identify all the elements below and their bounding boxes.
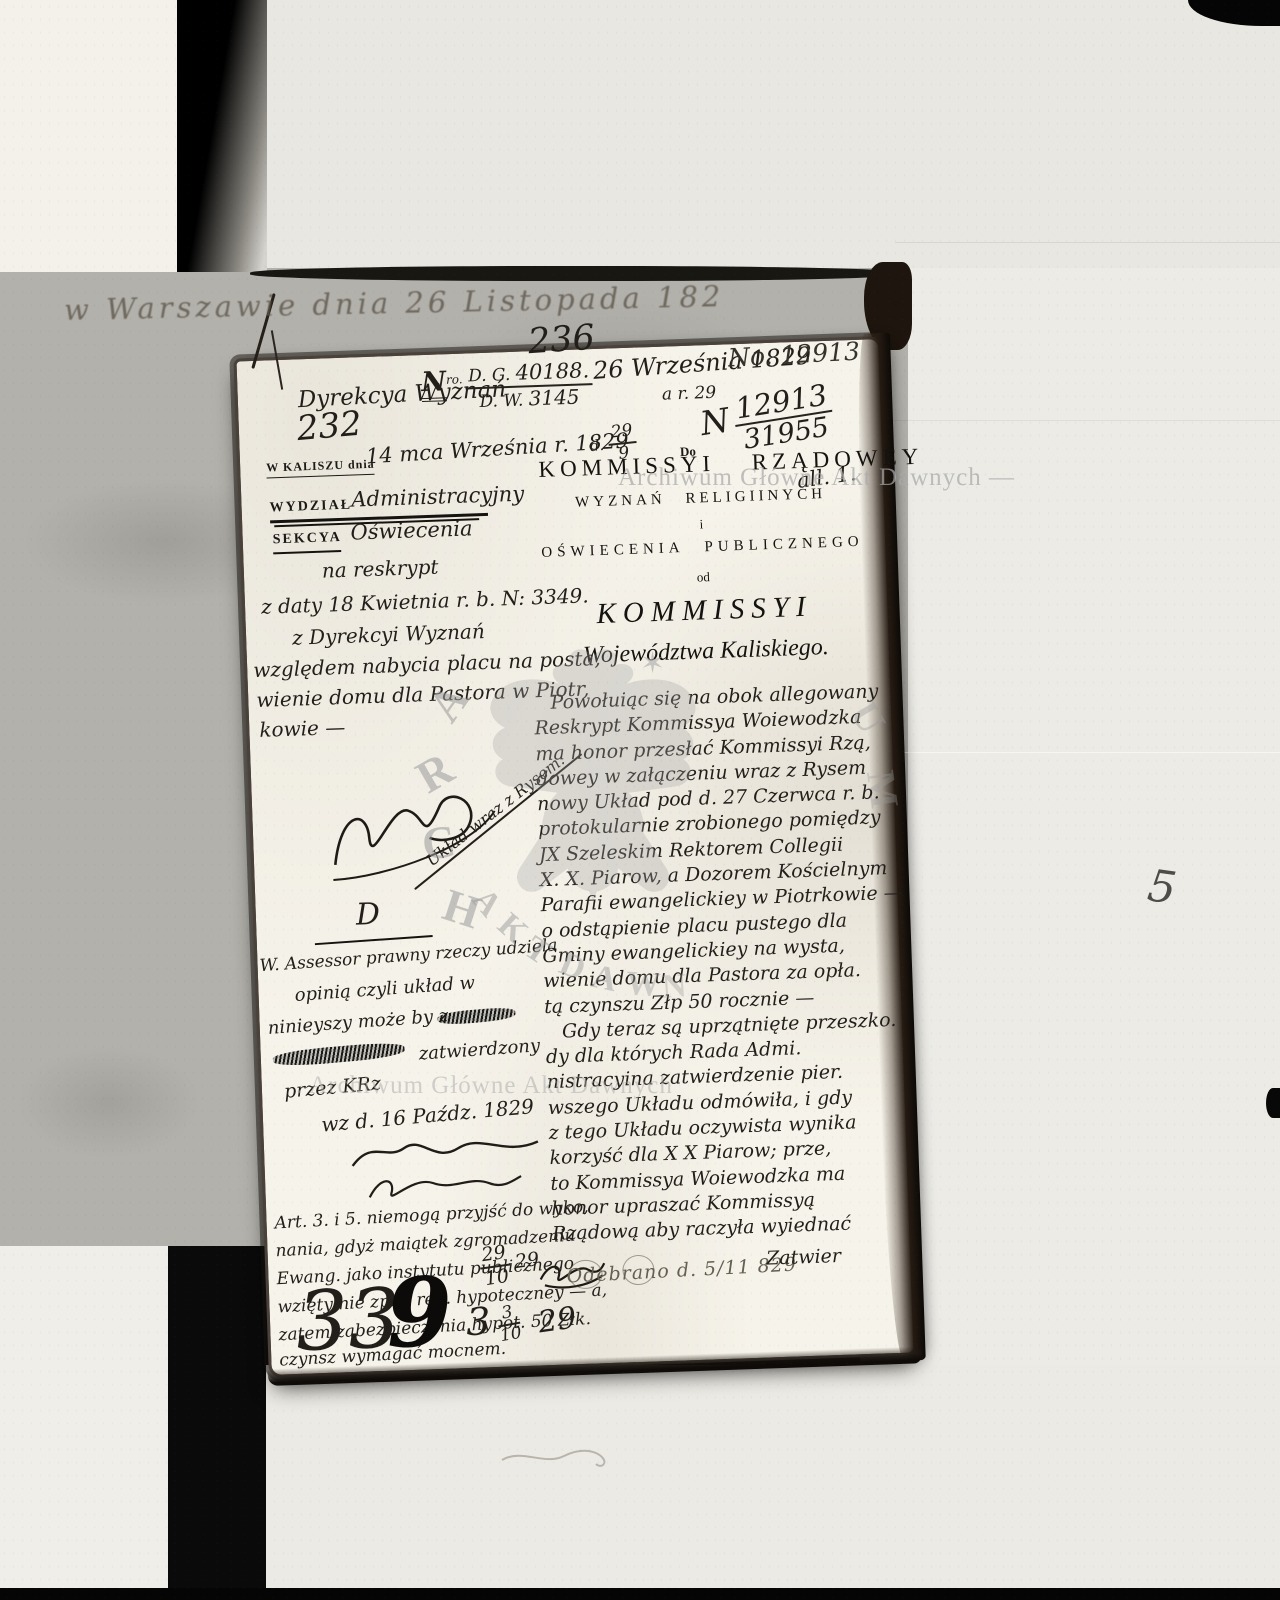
crossed-out-scribble: [437, 1006, 516, 1026]
folio-sub-frac-bottom: 10: [499, 1324, 524, 1346]
frac-top-value: 40188.: [515, 358, 589, 385]
folio-number: 339: [294, 1257, 454, 1373]
ref-line: z Dyrekcyi Wyznań: [292, 619, 485, 650]
microfilm-scan: w Warszawie dnia 26 Listopada 182 236 No…: [0, 0, 1280, 1600]
masthead-line3: i: [540, 511, 862, 538]
margin-date-bottom: 10: [481, 1265, 514, 1290]
film-scratch: [900, 752, 1280, 753]
page-ref: 232: [295, 404, 363, 450]
margin-note-line: opinią czyli układ w: [294, 972, 476, 1006]
film-frame-top-left: [0, 0, 177, 272]
pencil-squiggle: [500, 1446, 610, 1470]
page-top-edge: [250, 266, 906, 281]
film-frame-bottom-left: [0, 1246, 168, 1588]
film-page-number: 236: [527, 318, 596, 363]
small-frac-prefix: d.: [589, 436, 605, 455]
margin-date: 29 10 29: [477, 1239, 542, 1291]
ref-line: kowie —: [259, 715, 346, 742]
film-blob-top-right: [1188, 0, 1280, 26]
film-gap-bottom-left: [168, 1246, 266, 1600]
sekcya-label: SEKCYA: [272, 530, 342, 548]
margin-note-line: ninieyszy może by z: [267, 1005, 449, 1039]
film-blob-right-edge: [1266, 1088, 1280, 1118]
film-gap-wedge: [177, 0, 267, 272]
folio-number-bold: 9: [384, 1257, 454, 1370]
masthead-line5: od: [542, 564, 864, 591]
film-scratch: [895, 242, 1280, 243]
sekcya-value: Oświecenia: [350, 516, 473, 544]
ref-line: na reskrypt: [321, 555, 438, 583]
ref-line: z daty 18 Kwietnia r. b. N: 3349.: [261, 583, 589, 618]
crossed-out-scribble: [272, 1041, 405, 1068]
margin-d-initial: D: [355, 897, 380, 933]
film-bottom-strip: [0, 1588, 1280, 1600]
doc-no-sign: N: [698, 400, 733, 443]
film-scratch: [880, 420, 1280, 421]
folio-sub-year: 29: [536, 1300, 579, 1340]
sekcya-underline: [273, 550, 341, 554]
frac-bottom-label: D. W.: [479, 390, 523, 412]
frac-top-label: D. G.: [468, 365, 511, 386]
wydzial-label: WYDZIAŁ: [269, 498, 352, 517]
margin-note-line: W. Assessor prawny rzeczy udziela: [259, 935, 558, 976]
wydzial-value: Administracyjny: [351, 482, 525, 512]
margin-note-line: zatwierdzony: [418, 1035, 541, 1064]
document-page: Dyrekcya Wyznań Nro. D. G. 40188. D. W. …: [237, 339, 914, 1375]
number-sup: ro.: [446, 372, 463, 387]
ref-line: względem nabycia placu na posta,: [253, 646, 601, 682]
masthead-line6: KOMMISSYI: [543, 589, 866, 633]
registry-fraction: D. G. 40188. D. W. 3145: [465, 359, 594, 412]
folio-sub-number: 3: [465, 1299, 491, 1344]
approval-start: Zatwier: [766, 1245, 842, 1270]
film-frame-top: [267, 0, 1280, 268]
scan-background-bottom: [160, 1365, 1280, 1600]
small-frac-top: 29: [607, 422, 637, 446]
watermark-right: Archiwum Główne Akt Dawnych —: [618, 464, 1015, 492]
masthead-line4: OŚWIECENIA PUBLICZNEGO: [541, 534, 863, 562]
registry-number: Nro.: [421, 366, 463, 398]
place-label: W KALISZU dnia: [266, 457, 375, 479]
number-sign: N: [421, 366, 447, 402]
watermark-left: . Archiwum Główne Akt Dawnych: [296, 1072, 673, 1100]
body-paragraphs: Powołuiąc się na obok allegowany Reskryp…: [533, 679, 897, 1247]
frac-bottom-value: 3145: [528, 384, 580, 410]
margin-d-underline: [315, 935, 433, 945]
